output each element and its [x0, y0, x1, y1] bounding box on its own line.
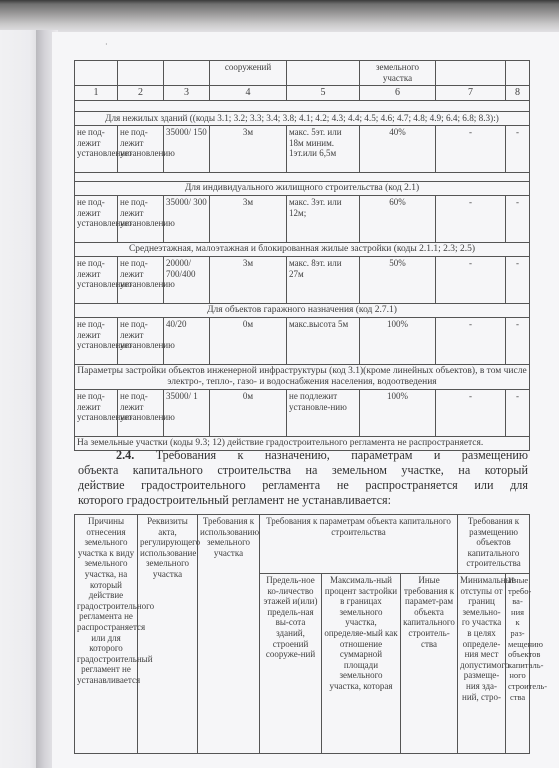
cell: 100% [360, 390, 436, 437]
cell: макс. 5эт. или 18м миним. 1эт.или 6,5м [287, 126, 360, 173]
section-title-row: Для индивидуального жилищного строительс… [75, 182, 530, 196]
cell: не подлежит установле-нию [287, 390, 360, 437]
header-reasons: Причины отнесения земельного участка к в… [75, 515, 138, 754]
cell: 100% [360, 318, 436, 365]
header-row-1: Причины отнесения земельного участка к в… [75, 515, 530, 574]
cell: 60% [360, 196, 436, 243]
exempt-land-requirements-table: Причины отнесения земельного участка к в… [74, 514, 530, 754]
cell: 0м [210, 390, 287, 437]
cell: 3м [210, 257, 287, 304]
header-group-placement: Требования к размещению объектов капитал… [458, 515, 530, 574]
table-row: не под-лежит установлению не под-лежит у… [75, 196, 530, 243]
cell: - [436, 126, 506, 173]
paragraph-line: действие градостроительного регламента н… [78, 478, 528, 493]
section-title-row: Для нежилых зданий ((коды 3.1; 3.2; 3.3;… [75, 112, 530, 126]
header-col6-fragment: земельного участка [360, 61, 436, 86]
cell: - [436, 390, 506, 437]
cell: 3м [210, 196, 287, 243]
cell: не под-лежит установлению [118, 196, 164, 243]
paragraph-line: 2.4. Требования к назначению, параметрам… [78, 448, 528, 463]
col-number: 3 [164, 86, 210, 101]
col-number: 8 [506, 86, 530, 101]
table-row: не под-лежит установлению не под-лежит у… [75, 257, 530, 304]
cell: не под-лежит установлению [75, 257, 118, 304]
speck: · [105, 40, 108, 49]
table-row: не под-лежит установлению не под-лежит у… [75, 318, 530, 365]
header-land-use-requirements: Требования к использованию земельного уч… [198, 515, 260, 754]
header-act-details: Реквизиты акта, регулирующего использова… [138, 515, 198, 754]
table-row: не под-лежит установлению не под-лежит у… [75, 390, 530, 437]
section-title: Для нежилых зданий ((коды 3.1; 3.2; 3.3;… [75, 112, 530, 126]
cell: 0м [210, 318, 287, 365]
col-number: 5 [287, 86, 360, 101]
column-numbers-row: 1 2 3 4 5 6 7 8 [75, 86, 530, 101]
col-number: 1 [75, 86, 118, 101]
cell: не под-лежит установлению [75, 126, 118, 173]
cell: макс. 3эт. или 12м; [287, 196, 360, 243]
header-col4-fragment: сооружений [210, 61, 287, 86]
section-title-row: Для объектов гаражного назначения (код 2… [75, 304, 530, 318]
cell: не под-лежит установлению [118, 318, 164, 365]
zoning-parameters-table: сооружений земельного участка 1 2 3 4 5 … [74, 60, 530, 451]
cell: не под-лежит установлению [75, 390, 118, 437]
blank-row [75, 101, 530, 112]
cell: - [506, 257, 530, 304]
col-number: 7 [436, 86, 506, 101]
cell: не под-лежит установлению [118, 126, 164, 173]
section-title: Для объектов гаражного назначения (код 2… [75, 304, 530, 318]
cell: - [506, 126, 530, 173]
header-max-floors: Предель-ное ко-личество этажей и(или) пр… [260, 574, 322, 754]
cell: 3м [210, 126, 287, 173]
header-max-coverage: Максималь-ный процент застройки в границ… [322, 574, 401, 754]
cell: - [436, 196, 506, 243]
section-title-row: Среднеэтажная, малоэтажная и блокированн… [75, 243, 530, 257]
paragraph-line: которого градостроительный регламент не … [78, 493, 528, 508]
blank-row [75, 173, 530, 182]
section-2-4-paragraph: 2.4. Требования к назначению, параметрам… [78, 448, 528, 508]
paragraph-line: объекта капитального строительства на зе… [78, 463, 528, 478]
cell: 40% [360, 126, 436, 173]
cell: не под-лежит установлению [118, 390, 164, 437]
cell: не под-лежит установлению [75, 196, 118, 243]
cell: - [506, 318, 530, 365]
section-title-row: Параметры застройки объектов инженерной … [75, 365, 530, 390]
cell: не под-лежит установлению [75, 318, 118, 365]
header-other-params: Иные требования к парамет-рам объекта ка… [401, 574, 458, 754]
section-title: Среднеэтажная, малоэтажная и блокированн… [75, 243, 530, 257]
col-number: 4 [210, 86, 287, 101]
header-tail-row: сооружений земельного участка [75, 61, 530, 86]
cell: - [506, 390, 530, 437]
cell: 50% [360, 257, 436, 304]
cell: не под-лежит установлению [118, 257, 164, 304]
paragraph-text: Требования к назначению, параметрам и ра… [156, 448, 528, 462]
col-number: 2 [118, 86, 164, 101]
header-other-placement: Иные требо-ва-ния к раз-мещению объектов… [506, 574, 530, 754]
section-number: 2.4. [116, 448, 134, 462]
header-min-setbacks: Минимальные отступы от границ земельно-г… [458, 574, 506, 754]
scanner-top-edge [0, 0, 559, 32]
table-row: не под-лежит установлению не под-лежит у… [75, 126, 530, 173]
header-group-parameters: Требования к параметрам объекта капиталь… [260, 515, 458, 574]
col-number: 6 [360, 86, 436, 101]
cell: - [436, 257, 506, 304]
cell: - [506, 196, 530, 243]
cell: - [436, 318, 506, 365]
section-title: Параметры застройки объектов инженерной … [75, 365, 530, 390]
section-title: Для индивидуального жилищного строительс… [75, 182, 530, 196]
cell: макс.высота 5м [287, 318, 360, 365]
cell: макс. 8эт. или 27м [287, 257, 360, 304]
